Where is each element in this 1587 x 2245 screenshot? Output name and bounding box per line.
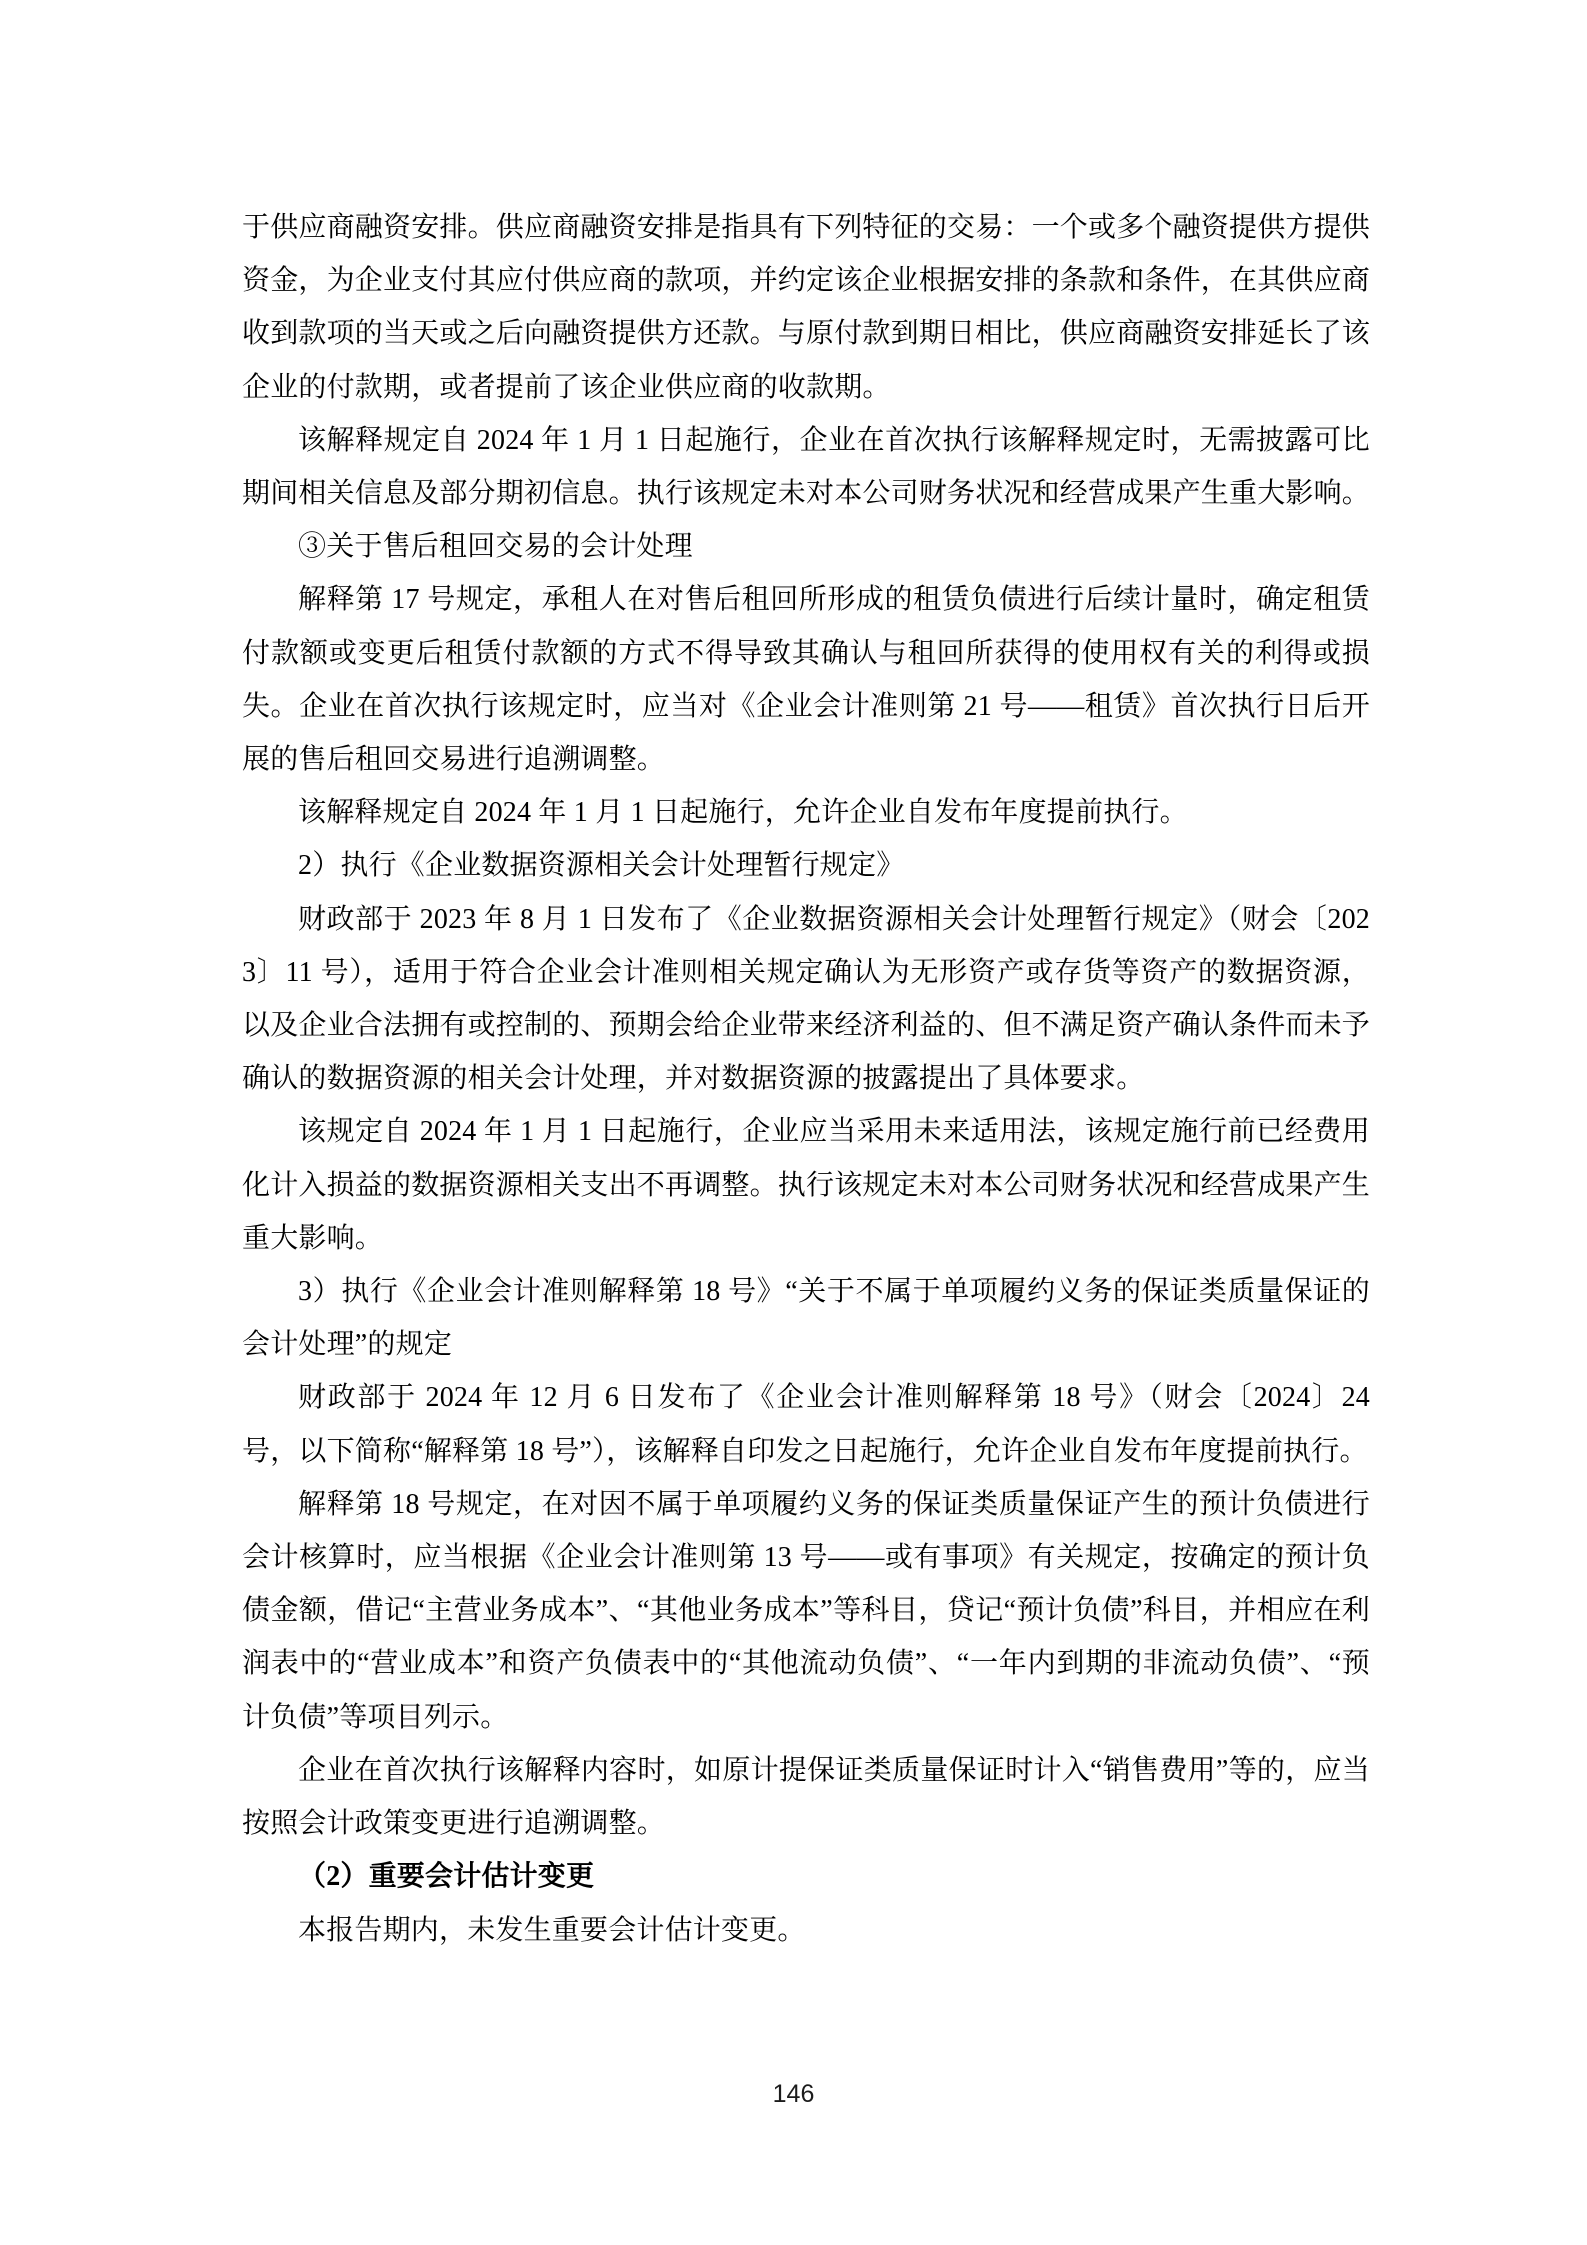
paragraph-supplier-finance-continuation: 于供应商融资安排。供应商融资安排是指具有下列特征的交易：一个或多个融资提供方提供… bbox=[242, 201, 1370, 414]
paragraph-interpretation-18-issued: 财政部于 2024 年 12 月 6 日发布了《企业会计准则解释第 18 号》（… bbox=[242, 1371, 1370, 1477]
paragraph-effective-date-2024: 该解释规定自 2024 年 1 月 1 日起施行，企业在首次执行该解释规定时，无… bbox=[242, 414, 1370, 520]
paragraph-interpretation-18-rules: 解释第 18 号规定，在对因不属于单项履约义务的保证类质量保证产生的预计负债进行… bbox=[242, 1478, 1370, 1744]
paragraph-heading-sale-leaseback: ③关于售后租回交易的会计处理 bbox=[242, 520, 1370, 573]
document-page: 于供应商融资安排。供应商融资安排是指具有下列特征的交易：一个或多个融资提供方提供… bbox=[0, 0, 1587, 2245]
paragraph-no-estimate-changes: 本报告期内，未发生重要会计估计变更。 bbox=[242, 1904, 1370, 1957]
paragraph-heading-interpretation-18: 3）执行《企业会计准则解释第 18 号》“关于不属于单项履约义务的保证类质量保证… bbox=[242, 1265, 1370, 1371]
paragraph-interpretation-17-effective: 该解释规定自 2024 年 1 月 1 日起施行，允许企业自发布年度提前执行。 bbox=[242, 786, 1370, 839]
paragraph-interpretation-18-first-adoption: 企业在首次执行该解释内容时，如原计提保证类质量保证时计入“销售费用”等的，应当按… bbox=[242, 1744, 1370, 1850]
page-footer: 146 bbox=[0, 2080, 1587, 2109]
paragraph-heading-data-resources: 2）执行《企业数据资源相关会计处理暂行规定》 bbox=[242, 839, 1370, 892]
page-number: 146 bbox=[773, 2080, 815, 2108]
paragraph-data-resources-regulation: 财政部于 2023 年 8 月 1 日发布了《企业数据资源相关会计处理暂行规定》… bbox=[242, 893, 1370, 1106]
section-heading-estimate-changes: （2）重要会计估计变更 bbox=[242, 1850, 1370, 1903]
paragraph-data-resources-effective: 该规定自 2024 年 1 月 1 日起施行，企业应当采用未来适用法，该规定施行… bbox=[242, 1105, 1370, 1265]
paragraph-interpretation-17: 解释第 17 号规定，承租人在对售后租回所形成的租赁负债进行后续计量时，确定租赁… bbox=[242, 573, 1370, 786]
document-body: 于供应商融资安排。供应商融资安排是指具有下列特征的交易：一个或多个融资提供方提供… bbox=[242, 201, 1370, 1957]
